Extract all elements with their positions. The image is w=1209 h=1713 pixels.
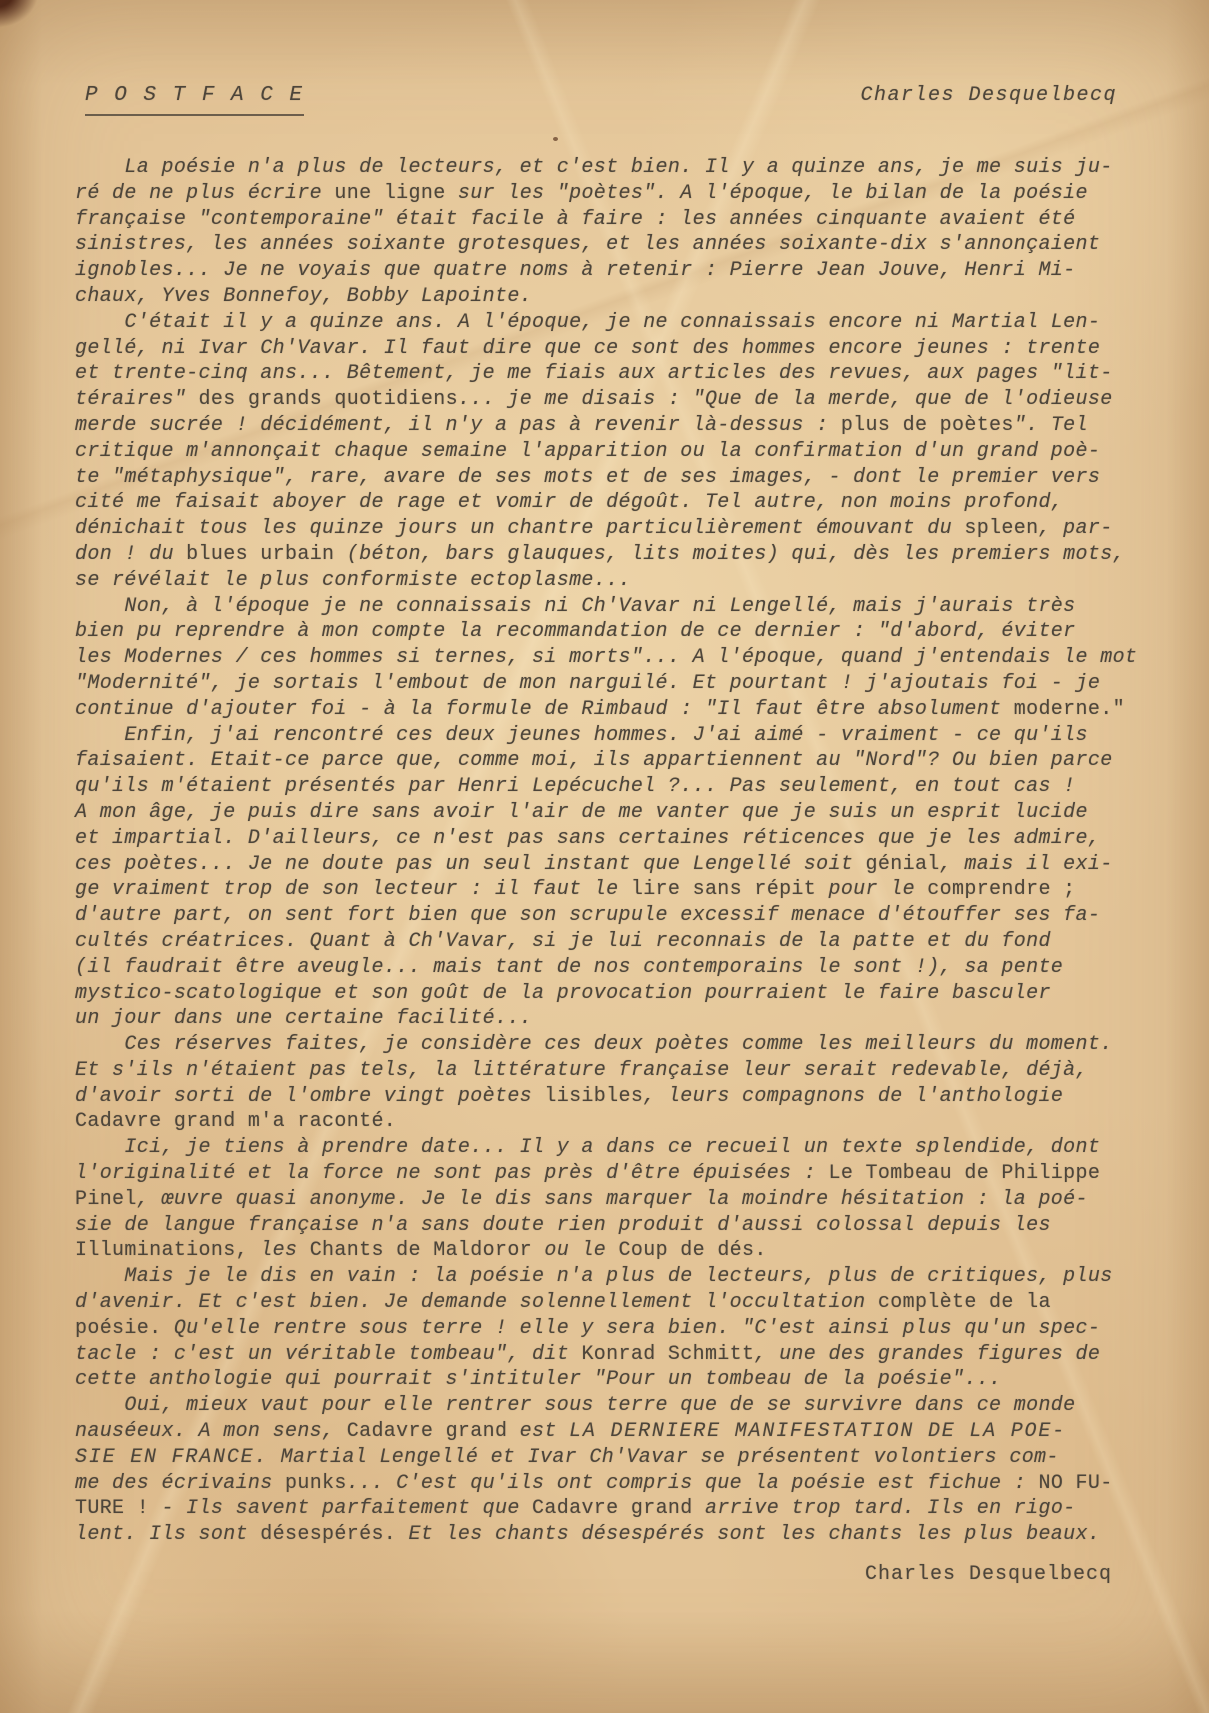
text-line: SIE EN FRANCE. Martial Lengellé et Ivar … (75, 1445, 1209, 1471)
text-line: dénichait tous les quinze jours un chant… (75, 516, 1209, 542)
text-line: bien pu reprendre à mon compte la recomm… (75, 619, 1209, 645)
text-segment: d'avoir sorti de l'ombre vingt poètes (75, 1085, 544, 1108)
text-segment: sinistres, les années soixante grotesque… (75, 233, 1100, 256)
text-segment: lire sans répit (631, 878, 816, 901)
text-segment: qu'ils m'étaient présentés par Henri Lep… (75, 775, 1076, 798)
text-line: don ! du blues urbain (béton, bars glauq… (75, 542, 1209, 568)
text-segment: ignobles... Je ne voyais que quatre noms… (75, 259, 1076, 282)
text-line: ces poètes... Je ne doute pas un seul in… (75, 852, 1209, 878)
author-name-top: Charles Desquelbecq (860, 84, 1117, 107)
text-line: Illuminations, les Chants de Maldoror ou… (75, 1238, 1209, 1264)
text-segment: Ces réserves faites, je considère ces de… (75, 1033, 1113, 1056)
text-segment: (béton, bars glauques, lits moites) qui,… (334, 543, 1125, 566)
text-line: nauséeux. A mon sens, Cadavre grand est … (75, 1419, 1209, 1445)
text-line: sie de langue française n'a sans doute r… (75, 1213, 1209, 1239)
text-segment: complète de la (878, 1291, 1051, 1314)
text-line: Oui, mieux vaut pour elle rentrer sous t… (75, 1393, 1209, 1419)
text-line: Ces réserves faites, je considère ces de… (75, 1032, 1209, 1058)
text-segment: et trente-cinq ans... Bêtement, je me fi… (75, 362, 1113, 385)
text-segment: ré de ne plus écrire (75, 182, 334, 205)
text-segment: une ligne (334, 182, 445, 205)
text-line: se révélait le plus conformiste ectoplas… (75, 568, 1209, 594)
text-segment: sur les "poètes". A l'époque, le bilan d… (446, 182, 1088, 205)
text-line: les Modernes / ces hommes si ternes, si … (75, 645, 1209, 671)
text-line: ré de ne plus écrire une ligne sur les "… (75, 181, 1209, 207)
text-line: Mais je le dis en vain : la poésie n'a p… (75, 1264, 1209, 1290)
text-line: ignobles... Je ne voyais que quatre noms… (75, 258, 1209, 284)
text-line: (il faudrait être aveugle... mais tant d… (75, 955, 1209, 981)
text-segment: , œuvre quasi anonyme. Je le dis sans ma… (137, 1188, 1088, 1211)
text-line: chaux, Yves Bonnefoy, Bobby Lapointe. (75, 284, 1209, 310)
text-segment: , mais il exi- (940, 853, 1113, 876)
text-line: française "contemporaine" était facile à… (75, 207, 1209, 233)
text-segment: La poésie n'a plus de lecteurs, et c'est… (75, 156, 1113, 179)
text-line: sinistres, les années soixante grotesque… (75, 232, 1209, 258)
text-segment: cité me faisait aboyer de rage et vomir … (75, 491, 1063, 514)
page-header: P O S T F A C E Charles Desquelbecq (0, 0, 1209, 116)
text-segment: désespérés. (260, 1523, 396, 1546)
text-segment: Illuminations, (75, 1239, 248, 1262)
text-line: qu'ils m'étaient présentés par Henri Lep… (75, 774, 1209, 800)
text-line: Non, à l'époque je ne connaissais ni Ch'… (75, 594, 1209, 620)
text-segment: C'était il y a quinze ans. A l'époque, j… (75, 311, 1100, 334)
text-segment: Cadavre grand (347, 1420, 508, 1443)
text-line: merde sucrée ! décidément, il n'y a pas … (75, 413, 1209, 439)
author-signature: Charles Desquelbecq (0, 1563, 1209, 1586)
text-line: d'avenir. Et c'est bien. Je demande sole… (75, 1290, 1209, 1316)
text-segment: moderne." (1014, 698, 1125, 721)
text-line: téraires" des grands quotidiens... je me… (75, 387, 1209, 413)
text-line: d'avoir sorti de l'ombre vingt poètes li… (75, 1084, 1209, 1110)
text-line: un jour dans une certaine facilité... (75, 1006, 1209, 1032)
text-line: tacle : c'est un véritable tombeau", dit… (75, 1342, 1209, 1368)
page-content: P O S T F A C E Charles Desquelbecq La p… (0, 0, 1209, 1713)
text-line: Cadavre grand m'a raconté. (75, 1109, 1209, 1135)
text-segment: SIE EN FRANCE. (75, 1446, 268, 1469)
text-line: "Modernité", je sortais l'embout de mon … (75, 671, 1209, 697)
text-line: Ici, je tiens à prendre date... Il y a d… (75, 1135, 1209, 1161)
text-segment: NO FU- (1038, 1472, 1112, 1495)
text-segment: se révélait le plus conformiste ectoplas… (75, 569, 631, 592)
text-segment: Qu'elle rentre sous terre ! elle y sera … (161, 1317, 1100, 1340)
text-segment: ces poètes... Je ne doute pas un seul in… (75, 853, 866, 876)
text-segment: te "métaphysique", rare, avare de ses mo… (75, 466, 1100, 489)
text-line: continue d'ajouter foi - à la formule de… (75, 697, 1209, 723)
text-segment: TURE ! (75, 1497, 149, 1520)
text-line: cette anthologie qui pourrait s'intitule… (75, 1367, 1209, 1393)
page-title: P O S T F A C E (85, 84, 304, 116)
text-line: te "métaphysique", rare, avare de ses mo… (75, 465, 1209, 491)
text-line: cultés créatrices. Quant à Ch'Vavar, si … (75, 929, 1209, 955)
text-segment: me des écrivains (75, 1472, 285, 1495)
text-line: d'autre part, on sent fort bien que son … (75, 903, 1209, 929)
text-segment: comprendre ; (927, 878, 1075, 901)
text-segment: ge vraiment trop de son lecteur : il fau… (75, 878, 631, 901)
text-segment: l'originalité et la force ne sont pas pr… (75, 1162, 828, 1185)
text-segment: d'avenir. Et c'est bien. Je demande sole… (75, 1291, 878, 1314)
text-segment: Et s'ils n'étaient pas tels, la littérat… (75, 1059, 1088, 1082)
text-line: et trente-cinq ans... Bêtement, je me fi… (75, 361, 1209, 387)
text-line: me des écrivains punks... C'est qu'ils o… (75, 1471, 1209, 1497)
text-segment: chaux, Yves Bonnefoy, Bobby Lapointe. (75, 285, 532, 308)
text-segment: - Ils savent parfaitement que (149, 1497, 532, 1520)
text-line: ge vraiment trop de son lecteur : il fau… (75, 877, 1209, 903)
text-segment: cette anthologie qui pourrait s'intitule… (75, 1368, 1001, 1391)
text-line: l'originalité et la force ne sont pas pr… (75, 1161, 1209, 1187)
text-segment: gellé, ni Ivar Ch'Vavar. Il faut dire qu… (75, 337, 1100, 360)
text-segment: Cadavre grand (532, 1497, 693, 1520)
text-segment: ... C'est qu'ils ont compris que la poés… (347, 1472, 1039, 1495)
text-segment: , leurs compagnons de l'anthologie (643, 1085, 1063, 1108)
text-segment: téraires" (75, 388, 199, 411)
text-segment: est (507, 1420, 569, 1443)
text-line: La poésie n'a plus de lecteurs, et c'est… (75, 155, 1209, 181)
text-segment: lisibles (544, 1085, 643, 1108)
text-segment: les Modernes / ces hommes si ternes, si … (75, 646, 1137, 669)
text-segment: "Modernité", je sortais l'embout de mon … (75, 672, 1100, 695)
text-segment: ou le (532, 1239, 618, 1262)
text-segment: un jour dans une certaine facilité... (75, 1007, 532, 1030)
text-line: et impartial. D'ailleurs, ce n'est pas s… (75, 826, 1209, 852)
text-segment: A mon âge, je puis dire sans avoir l'air… (75, 801, 1088, 824)
text-segment: Coup de dés. (619, 1239, 767, 1262)
text-segment: Pinel (75, 1188, 137, 1211)
text-segment: Konrad Schmitt (581, 1343, 754, 1366)
text-segment: Cadavre grand m'a raconté. (75, 1110, 396, 1133)
text-segment: LA DERNIERE MANIFESTATION DE LA POE- (569, 1420, 1066, 1443)
text-line: poésie. Qu'elle rentre sous terre ! elle… (75, 1316, 1209, 1342)
text-segment: Martial Lengellé et Ivar Ch'Vavar se pré… (268, 1446, 1059, 1469)
text-segment: des grands quotidiens (199, 388, 458, 411)
text-segment: d'autre part, on sent fort bien que son … (75, 904, 1100, 927)
text-line: Pinel, œuvre quasi anonyme. Je le dis sa… (75, 1187, 1209, 1213)
text-segment: Oui, mieux vaut pour elle rentrer sous t… (75, 1394, 1076, 1417)
text-line: cité me faisait aboyer de rage et vomir … (75, 490, 1209, 516)
text-segment: Non, à l'époque je ne connaissais ni Ch'… (75, 595, 1076, 618)
text-segment: et impartial. D'ailleurs, ce n'est pas s… (75, 827, 1100, 850)
text-segment: blues urbain (186, 543, 334, 566)
text-segment: , par- (1038, 517, 1112, 540)
text-segment: génial (866, 853, 940, 876)
text-segment: , une des grandes figures de (754, 1343, 1100, 1366)
text-segment: faisaient. Etait-ce parce que, comme moi… (75, 749, 1113, 772)
text-line: Enfin, j'ai rencontré ces deux jeunes ho… (75, 723, 1209, 749)
text-segment: lent. Ils sont (75, 1523, 260, 1546)
text-segment: don ! du (75, 543, 186, 566)
text-segment: ... je me disais : "Que de la merde, que… (458, 388, 1113, 411)
text-line: A mon âge, je puis dire sans avoir l'air… (75, 800, 1209, 826)
text-line: mystico-scatologique et son goût de la p… (75, 981, 1209, 1007)
text-segment: cultés créatrices. Quant à Ch'Vavar, si … (75, 930, 1051, 953)
text-segment: les (248, 1239, 310, 1262)
text-segment: ". Tel (1014, 414, 1088, 437)
text-segment: merde sucrée ! décidément, il n'y a pas … (75, 414, 841, 437)
text-segment: nauséeux. A mon sens, (75, 1420, 347, 1443)
scanned-page: { "page": { "header": { "title": "P O S … (0, 0, 1209, 1713)
document-body: La poésie n'a plus de lecteurs, et c'est… (0, 155, 1209, 1548)
text-segment: mystico-scatologique et son goût de la p… (75, 982, 1051, 1005)
text-segment: poésie. (75, 1317, 161, 1340)
text-segment: punks (285, 1472, 347, 1495)
text-segment: Et les chants désespérés sont les chants… (396, 1523, 1100, 1546)
text-line: C'était il y a quinze ans. A l'époque, j… (75, 310, 1209, 336)
text-line: critique m'annonçait chaque semaine l'ap… (75, 439, 1209, 465)
text-segment: Enfin, j'ai rencontré ces deux jeunes ho… (75, 724, 1088, 747)
text-segment: tacle : c'est un véritable tombeau", dit (75, 1343, 581, 1366)
text-line: faisaient. Etait-ce parce que, comme moi… (75, 748, 1209, 774)
text-segment: bien pu reprendre à mon compte la recomm… (75, 620, 1076, 643)
text-segment: dénichait tous les quinze jours un chant… (75, 517, 964, 540)
text-segment: sie de langue française n'a sans doute r… (75, 1214, 1051, 1237)
text-segment: pour le (816, 878, 927, 901)
text-line: TURE ! - Ils savent parfaitement que Cad… (75, 1496, 1209, 1522)
text-segment: continue d'ajouter foi - à la formule de… (75, 698, 1014, 721)
text-segment: Le Tombeau de Philippe (828, 1162, 1100, 1185)
text-segment: Chants de Maldoror (310, 1239, 532, 1262)
text-segment: critique m'annonçait chaque semaine l'ap… (75, 440, 1100, 463)
text-segment: spleen (964, 517, 1038, 540)
text-segment: Ici, je tiens à prendre date... Il y a d… (75, 1136, 1100, 1159)
text-line: lent. Ils sont désespérés. Et les chants… (75, 1522, 1209, 1548)
text-segment: française "contemporaine" était facile à… (75, 208, 1076, 231)
text-segment: plus de poètes (841, 414, 1014, 437)
text-segment: Mais je le dis en vain : la poésie n'a p… (75, 1265, 1113, 1288)
text-line: Et s'ils n'étaient pas tels, la littérat… (75, 1058, 1209, 1084)
text-segment: arrive trop tard. Ils en rigo- (693, 1497, 1076, 1520)
text-segment: (il faudrait être aveugle... mais tant d… (75, 956, 1063, 979)
text-line: gellé, ni Ivar Ch'Vavar. Il faut dire qu… (75, 336, 1209, 362)
